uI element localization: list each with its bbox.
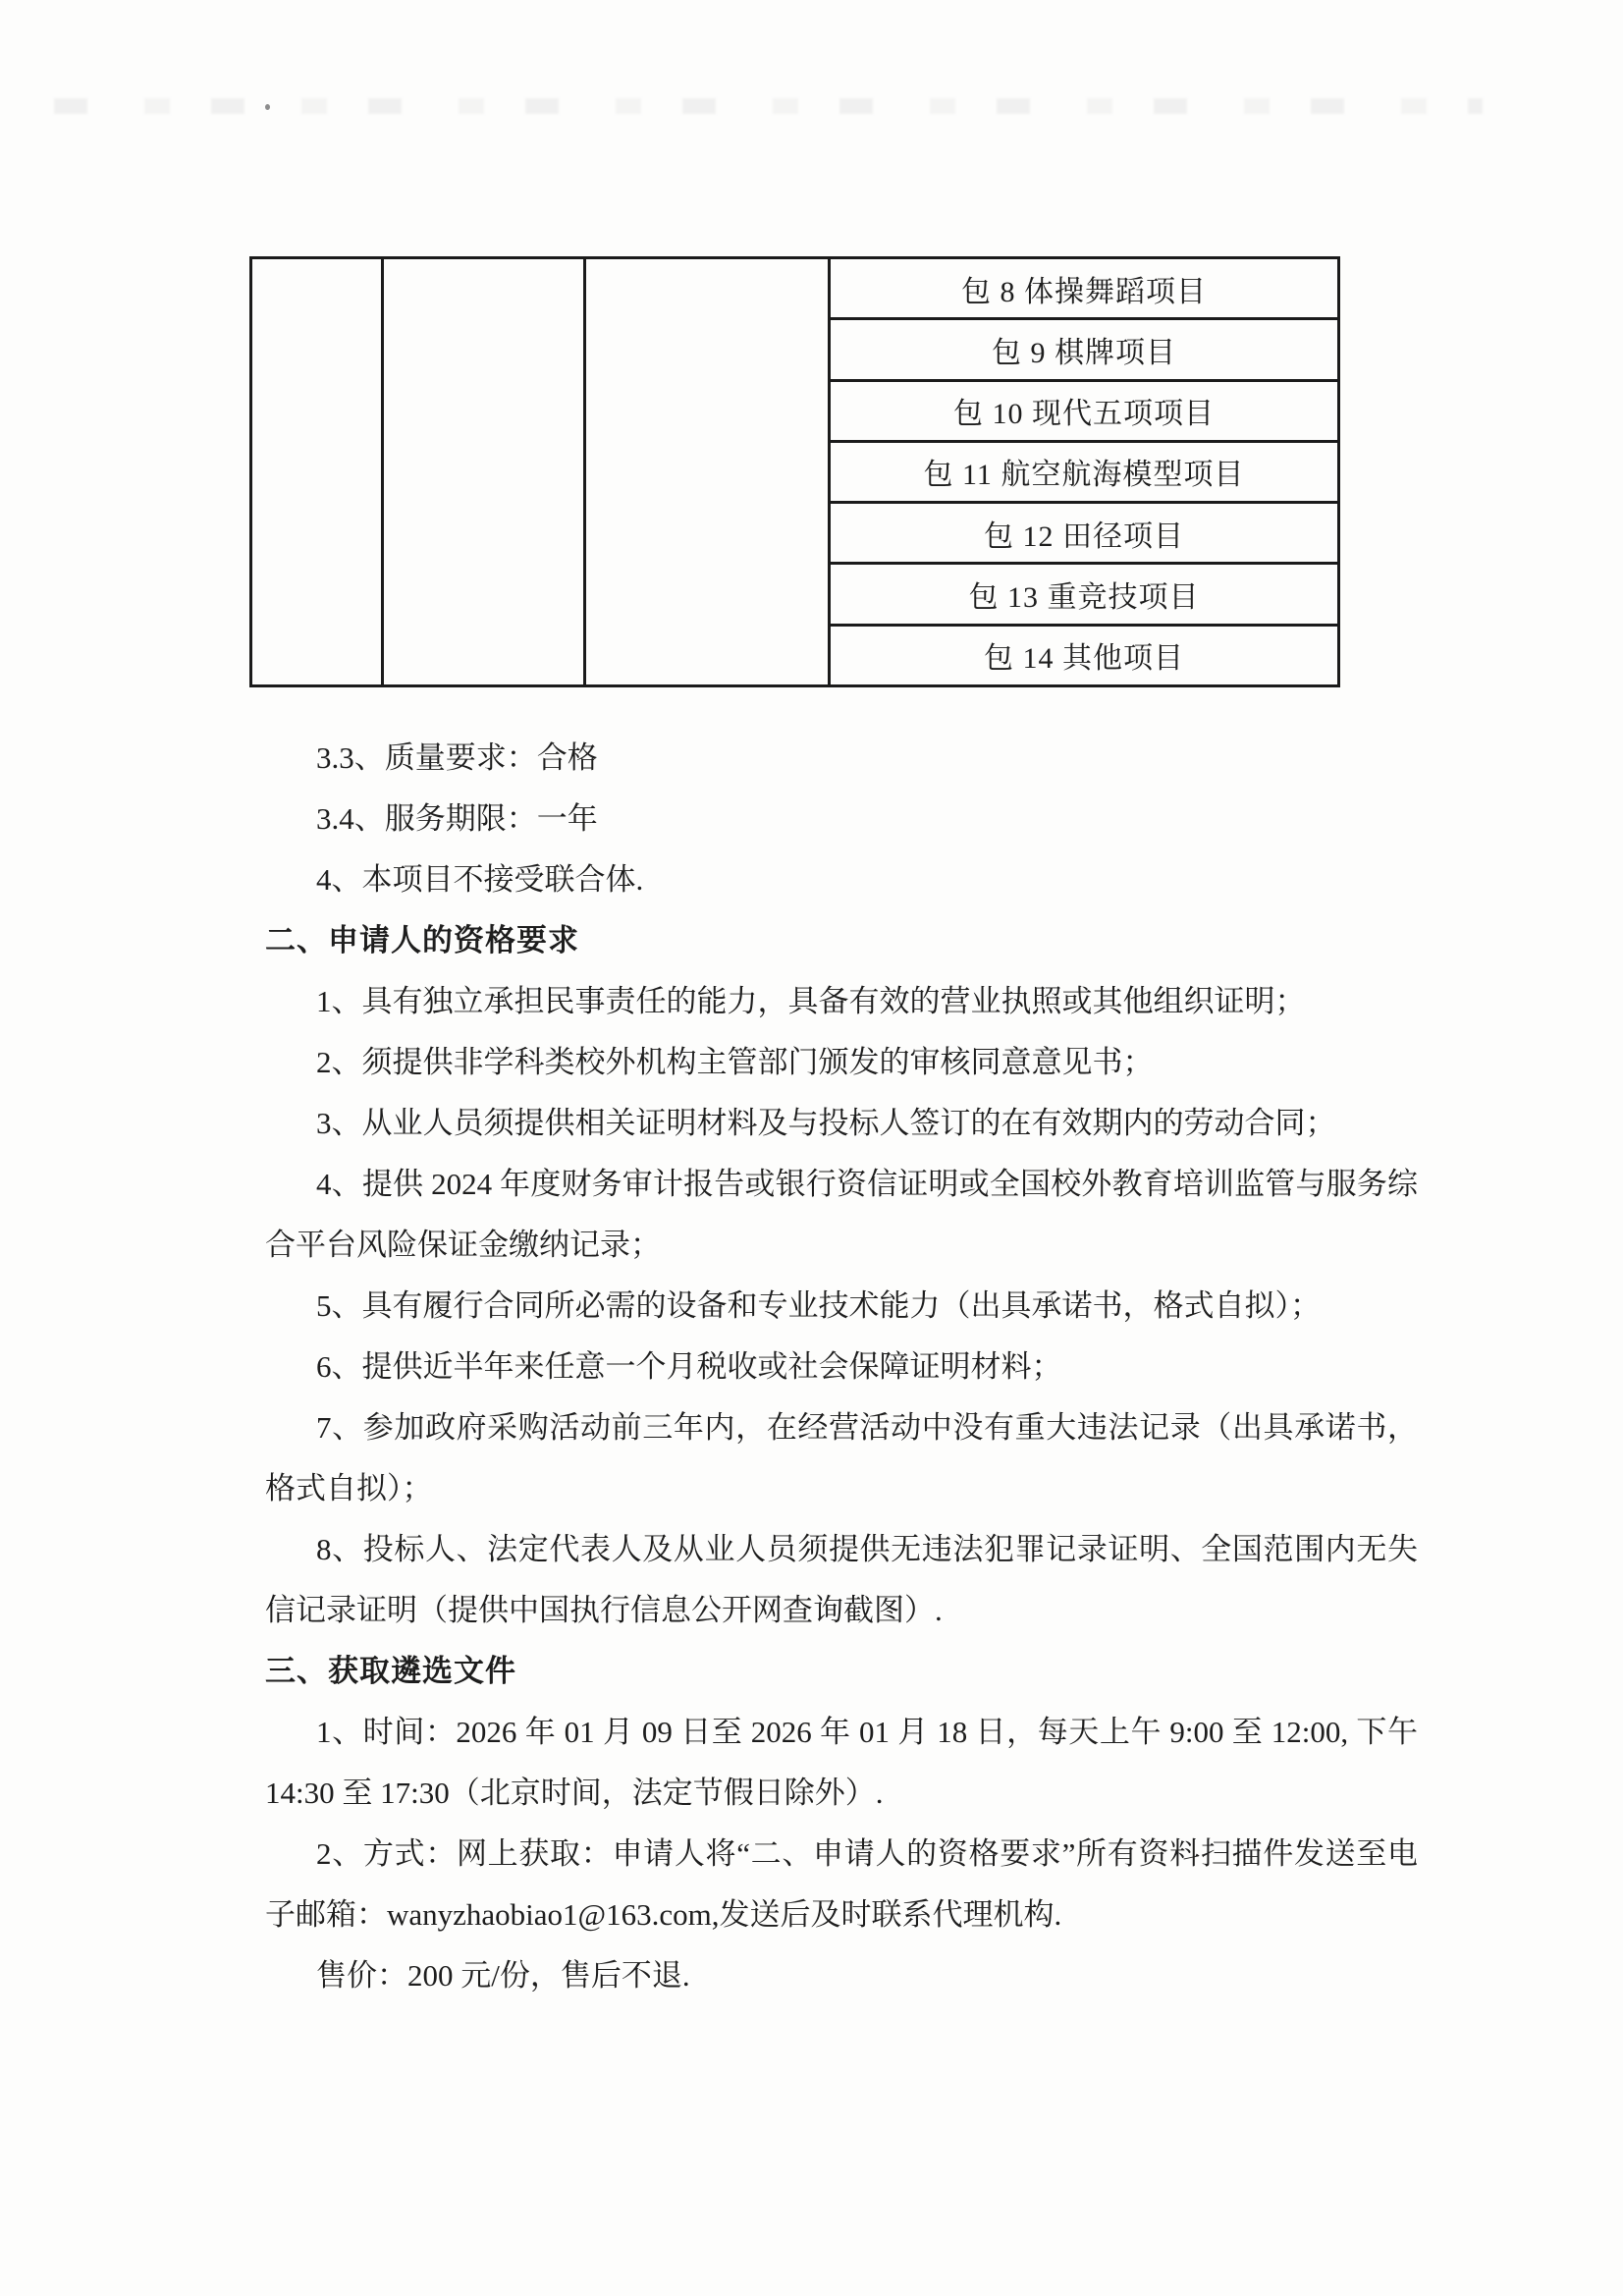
qualification-item-5: 5、具有履行合同所必需的设备和专业技术能力（出具承诺书，格式自拟）； <box>265 1276 1418 1337</box>
qualification-item-8: 8、投标人、法定代表人及从业人员须提供无违法犯罪记录证明、全国范围内无失信记录证… <box>265 1519 1418 1641</box>
clause-no-consortium: 4、本项目不接受联合体. <box>265 849 1418 910</box>
clause-quality-requirement: 3.3、质量要求：合格 <box>265 728 1418 789</box>
price-note: 售价：200 元/份，售后不退. <box>265 1945 1418 2006</box>
table-empty-column-3 <box>586 259 831 684</box>
document-page: 包 8 体操舞蹈项目 包 9 棋牌项目 包 10 现代五项项目 包 11 航空航… <box>0 0 1623 2296</box>
document-body: 3.3、质量要求：合格 3.4、服务期限：一年 4、本项目不接受联合体. 二、申… <box>265 728 1418 2006</box>
package-row-14: 包 14 其他项目 <box>831 627 1337 684</box>
qualification-item-7: 7、参加政府采购活动前三年内，在经营活动中没有重大违法记录（出具承诺书，格式自拟… <box>265 1397 1418 1519</box>
qualification-item-6: 6、提供近半年来任意一个月税收或社会保障证明材料； <box>265 1337 1418 1397</box>
qualification-item-3: 3、从业人员须提供相关证明材料及与投标人签订的在有效期内的劳动合同； <box>265 1093 1418 1154</box>
section2-heading: 二、申请人的资格要求 <box>265 910 1418 971</box>
package-row-8: 包 8 体操舞蹈项目 <box>831 259 1337 320</box>
package-row-11: 包 11 航空航海模型项目 <box>831 443 1337 504</box>
package-row-10: 包 10 现代五项项目 <box>831 382 1337 443</box>
package-row-12: 包 12 田径项目 <box>831 504 1337 565</box>
clause-service-period: 3.4、服务期限：一年 <box>265 789 1418 849</box>
qualification-item-1: 1、具有独立承担民事责任的能力，具备有效的营业执照或其他组织证明； <box>265 971 1418 1032</box>
package-row-13: 包 13 重竞技项目 <box>831 565 1337 626</box>
package-row-9: 包 9 棋牌项目 <box>831 320 1337 381</box>
qualification-item-4: 4、提供 2024 年度财务审计报告或银行资信证明或全国校外教育培训监管与服务综… <box>265 1154 1418 1276</box>
qualification-item-2: 2、须提供非学科类校外机构主管部门颁发的审核同意意见书； <box>265 1032 1418 1093</box>
table-empty-column-1 <box>252 259 384 684</box>
package-column: 包 8 体操舞蹈项目 包 9 棋牌项目 包 10 现代五项项目 包 11 航空航… <box>831 259 1337 684</box>
package-table: 包 8 体操舞蹈项目 包 9 棋牌项目 包 10 现代五项项目 包 11 航空航… <box>249 256 1340 687</box>
obtain-method: 2、方式：网上获取：申请人将“二、申请人的资格要求”所有资料扫描件发送至电子邮箱… <box>265 1824 1418 1945</box>
table-empty-column-2 <box>384 259 586 684</box>
obtain-time: 1、时间：2026 年 01 月 09 日至 2026 年 01 月 18 日，… <box>265 1702 1418 1824</box>
scan-artifact-dot <box>265 104 270 110</box>
section3-heading: 三、获取遴选文件 <box>265 1641 1418 1702</box>
